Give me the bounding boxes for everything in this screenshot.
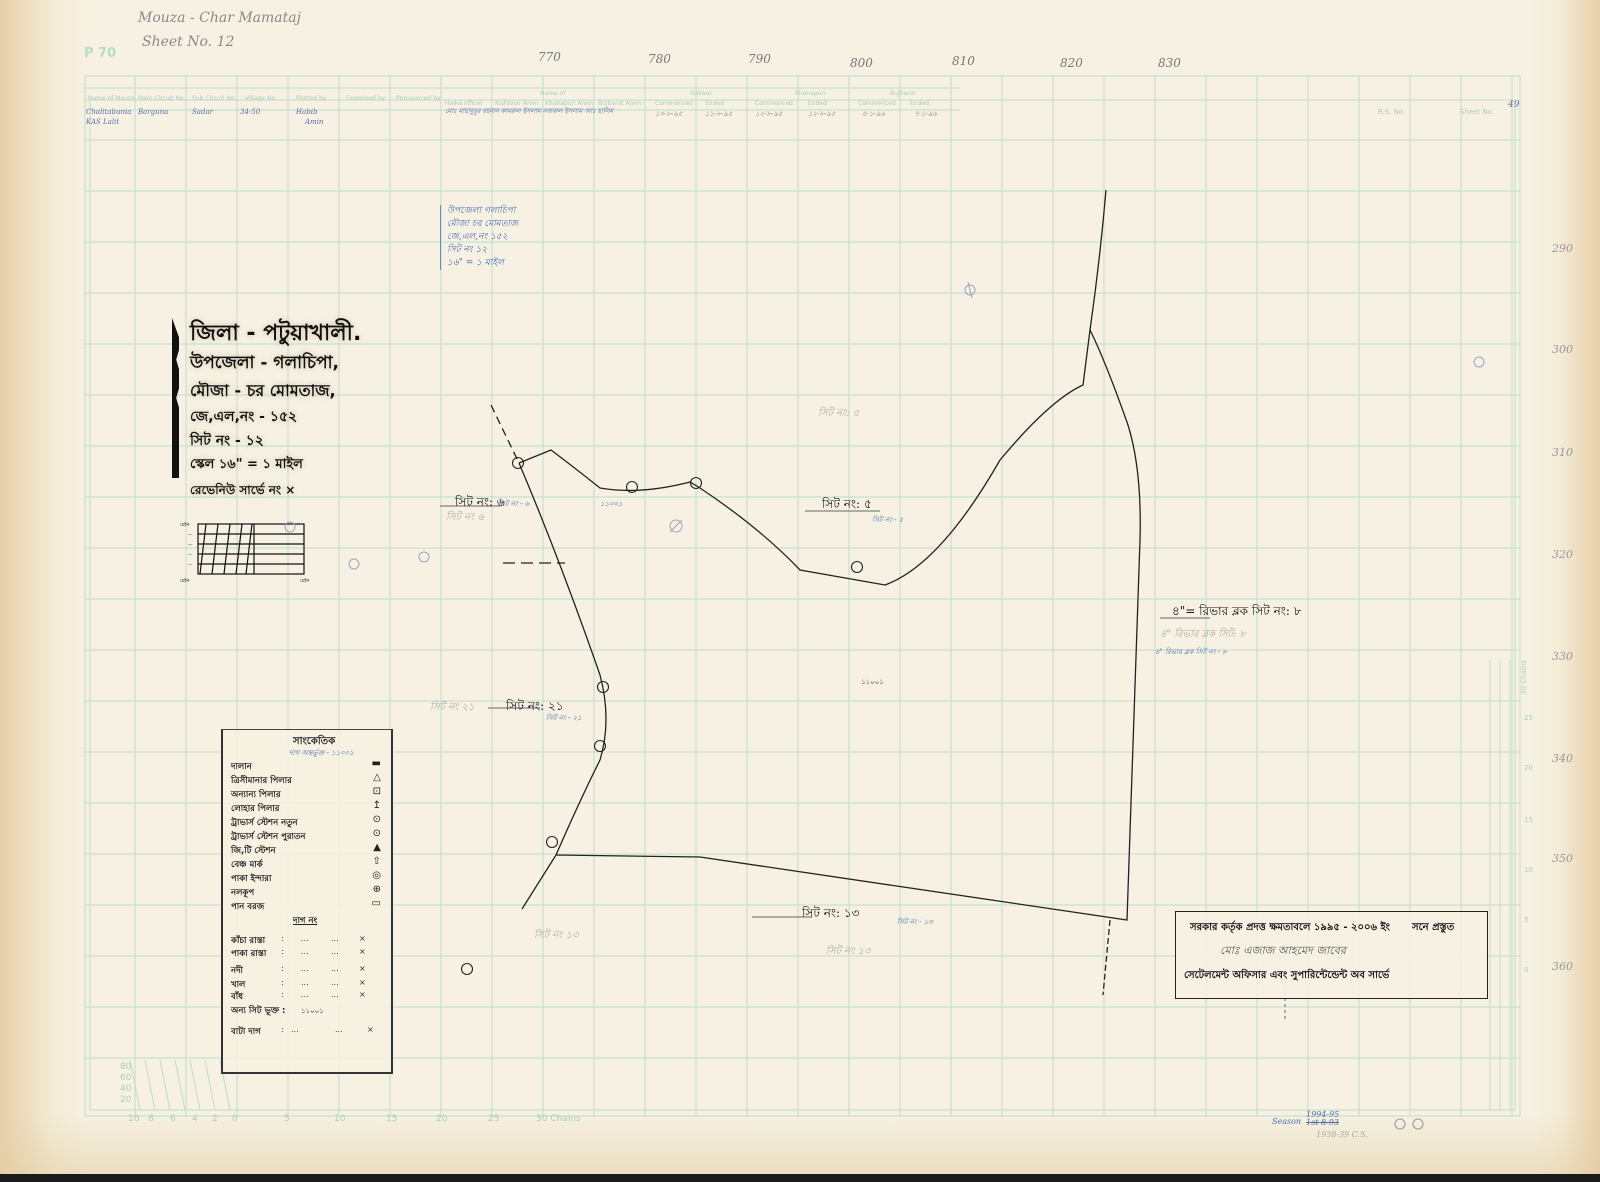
right-scale-tick: 20 [1524,764,1533,772]
legend-item-gt-station: জি,টি স্টেশন [231,844,276,858]
right-scale-tick: 25 [1524,714,1533,722]
dag-x: × [359,964,366,973]
certification-box: সরকার কর্তৃক প্রদত্ত ক্ষমতাবলে ১৯৯৫ - ২০… [1175,911,1488,999]
dag-b: ... [331,990,339,999]
scale-tick: 25 [488,1114,499,1124]
traverse-station-icon [513,458,524,469]
scale-tick: 5 [284,1114,290,1124]
legend-item-other-pillar: অন্যান্য পিলার [231,788,281,802]
adjacent-sheet-west-upper-ghost: সিট নং ৬ [446,510,484,527]
right-scale-tick: 0 [1524,966,1528,974]
dag-sep: : [281,934,284,943]
scale-tick: 2 [212,1114,218,1124]
dag-sep: : [281,947,284,956]
dag-x: × [359,947,366,956]
adjacent-sheet-west-lower-sub: সিট নং - ২১ [546,712,582,724]
scale-tick: 4 [192,1114,198,1124]
other-sheet-value: ১১০০১ [301,1005,324,1017]
right-scale-tick: 5 [1524,916,1528,924]
circle-mark-icon [1395,1119,1405,1129]
dag-sep: : [281,964,284,973]
right-scale-tick: 30 Chains [1520,660,1528,695]
bench-mark-icon: ⇧ [373,856,381,867]
iron-pillar-icon: ↥ [373,800,381,811]
gt-station-icon: ▲ [373,842,381,853]
legend-item-traverse-old: ট্রাভার্স স্টেশন পুরাতন [231,830,305,844]
dag-row-embankment: বাঁধ [231,990,243,1004]
legend-box: সাংকেতিক দাগ অন্তর্ভুক্ত - ১১০০১ দালান ▬… [221,729,393,1074]
scale-tick: 10 [128,1114,139,1124]
scale-tick: 20 [436,1114,447,1124]
dag-x: × [359,978,366,987]
adjacent-sheet-west-upper-sub: সিট নং - ৬ [498,498,529,510]
adjacent-sheet-north-sub: সিট নং - ৫ [872,514,903,526]
traverse-station-icon [852,562,863,573]
dag-a: ... [291,1025,299,1034]
dag-sep: : [281,1025,284,1034]
adjacent-sheet-east: ৪"= রিভার ব্লক সিট নং: ৮ [1172,603,1302,623]
dag-b: ... [331,947,339,956]
legend-item-betel-garden: পান বরজ [231,900,264,914]
bata-dag-label: বাটা দাগ [231,1025,261,1039]
season-struck: 1st 8-93 [1306,1118,1339,1127]
triangle-pillar-icon: △ [373,772,381,783]
circle-mark-icon [1413,1119,1423,1129]
legend-item-pucca-well: পাকা ইন্দারা [231,872,271,886]
legend-item-iron-pillar: লোহার পিলার [231,802,280,816]
pucca-well-icon: ◎ [372,870,381,881]
adjacent-sheet-south-sub: সিট নং - ১৩ [897,916,933,928]
legend-item-traverse-new: ট্রাভার্স স্টেশন নতুন [231,816,298,830]
boundary-extension-s [1103,920,1110,995]
certification-line3: সেটেলমেন্ট অফিসার এবং সুপারিন্টেন্ডেন্ট … [1184,968,1389,985]
dag-b: ... [335,1025,343,1034]
scale-tick: 30 Chains [536,1114,581,1124]
scale-tick: 6 [170,1114,176,1124]
scale-vertical-tick: 20 [120,1095,131,1105]
adjacent-sheet-north: সিট নং: ৫ [822,496,872,516]
square-pillar-icon: ⊡ [373,786,381,797]
year-note: 1938-39 C.S. [1316,1130,1368,1139]
adjacent-sheet-west-lower-ghost: সিট নং ২১ [430,700,475,717]
traverse-old-icon: ⊙ [373,828,381,839]
scale-tick: 15 [386,1114,397,1124]
dag-b: ... [331,978,339,987]
legend-item-building: দালান [231,760,252,774]
building-symbol-icon: ▬ [372,758,381,769]
map-sheet: P 70 Mouza - Char Mamataj Sheet No. 12 7… [0,0,1600,1174]
traverse-new-icon: ⊙ [373,814,381,825]
boundary-extension-nw [491,405,519,463]
other-sheet-label: অন্য সিট ভূক্ত : [231,1004,285,1018]
tubewell-icon: ⊕ [373,884,381,895]
dag-a: ... [301,978,309,987]
right-scale-tick: 10 [1524,866,1533,874]
dag-sep: : [281,990,284,999]
dag-row-kacha-road: কাঁচা রাস্তা [231,934,265,948]
scale-vertical-tick: 40 [120,1084,131,1094]
dag-a: ... [301,934,309,943]
dag-row-river: নদী [231,964,243,978]
season-label: Season [1272,1117,1301,1126]
adjacent-sheet-north-ghost: সিট নং: ৫ [818,406,859,423]
boundary-extension-n [1090,190,1106,330]
scale-tick: 0 [232,1114,238,1124]
adjacent-sheet-east-ghost: ৪" রিভার ব্লক সিট: ৮ [1160,627,1246,644]
dag-x: × [367,1025,374,1034]
legend-subtitle: দাগ অন্তর্ভুক্ত - ১১০০১ [289,747,354,759]
dag-sep: : [281,978,284,987]
boundary-extension-sw [522,855,556,909]
legend-item-bench-mark: বেঞ্চ মার্ক [231,858,263,872]
right-scale-tick: 15 [1524,816,1533,824]
dag-header: দাগ নং [293,914,317,928]
dag-b: ... [331,964,339,973]
scale-vertical-tick: 80 [120,1062,131,1072]
dag-a: ... [301,964,309,973]
adjacent-sheet-south: সিট নং: ১৩ [802,905,860,925]
dag-x: × [359,934,366,943]
dag-a: ... [301,990,309,999]
traverse-station-icon [462,964,473,975]
dag-row-pucca-road: পাকা রাস্তা [231,947,266,961]
certification-line1-right: সনে প্রস্তুত [1412,920,1454,937]
certification-line1: সরকার কর্তৃক প্রদত্ত ক্ষমতাবলে ১৯৯৫ - ২০… [1190,920,1390,937]
dag-a: ... [301,947,309,956]
adjacent-sheet-south-ghost: সিট নং ১৩ [826,944,871,961]
certification-signature: মোঃ এজাজ আহমেদ জাবের [1220,942,1346,961]
scale-tick: 10 [334,1114,345,1124]
plot-number-upper: ১১০০১ [600,498,623,510]
dag-b: ... [331,934,339,943]
plot-number-center: ১১০০১ [861,676,884,688]
adjacent-sheet-east-sub: ৪" রিভার ব্লক সিট নং - ৮ [1155,646,1227,658]
legend-item-tubewell: নলকূপ [231,886,254,900]
traverse-station-icon [547,837,558,848]
betel-garden-icon: ▭ [372,898,381,909]
dag-x: × [359,990,366,999]
scale-tick: 8 [148,1114,154,1124]
adjacent-sheet-southwest-ghost: সিট নং ১৩ [534,928,579,945]
legend-item-trijunction-pillar: ত্রিসীমানার পিলার [231,774,292,788]
scale-vertical-tick: 60 [120,1073,131,1083]
mouza-boundary-west [519,463,606,855]
